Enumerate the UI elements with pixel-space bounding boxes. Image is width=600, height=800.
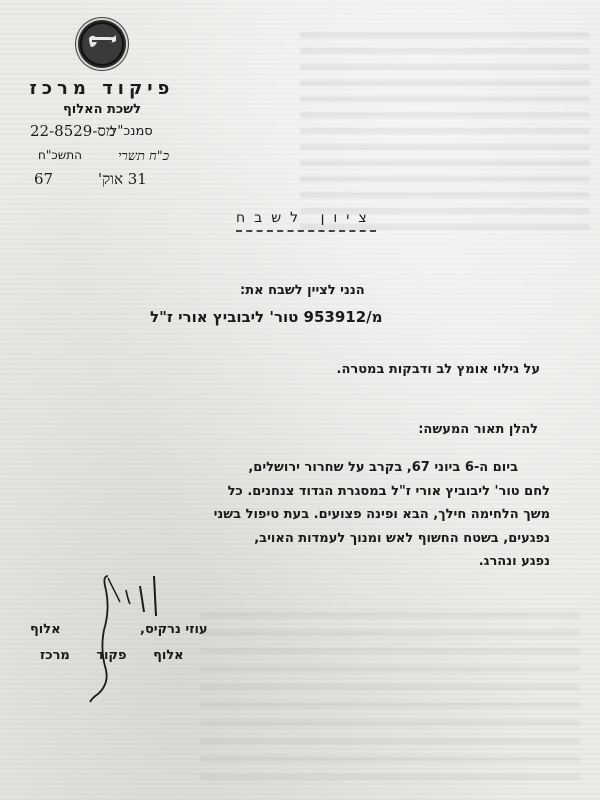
document-title: ציון לשבח: [236, 210, 376, 232]
unit-title: פיקוד מרכז: [22, 78, 182, 99]
soldier-line: מ/953912 טור' ליבוביץ אורי ז"ל: [150, 308, 383, 326]
signatory-rank: אלוף: [30, 622, 61, 637]
hebrew-year: התשכ"ח: [38, 148, 82, 162]
bleed-through-texture: [300, 30, 590, 230]
reference-label: סמנכ"ל: [110, 124, 153, 139]
handwritten-signature-icon: [88, 572, 168, 704]
central-command-emblem-icon: [78, 20, 126, 68]
reference-number: מס-22-8529: [30, 122, 115, 141]
deed-line: נפגעים, בשטח החשוף לאש ומנוך לעמדות האוי…: [110, 527, 550, 551]
intro-line: הנני לציין לשבח את:: [240, 283, 365, 298]
signatory-role: אלוף פקוד מרכז: [40, 648, 184, 663]
deed-description: ביום ה-6 ביוני 67, בקרב על שחרור ירושלים…: [110, 456, 550, 574]
deed-line: ביום ה-6 ביוני 67, בקרב על שחרור ירושלים…: [110, 456, 550, 480]
gregorian-date: 31 אוק': [98, 170, 147, 189]
hebrew-date: כ"ח תשרי: [118, 148, 169, 164]
deed-line: לחם טור' ליבוביץ אורי ז"ל במסגרת הגדוד צ…: [110, 480, 550, 504]
gregorian-year: 67: [34, 170, 53, 188]
unit-subtitle: לשכת האלוף: [22, 102, 182, 117]
bleed-through-texture: [200, 600, 580, 780]
document-page: פיקוד מרכז לשכת האלוף סמנכ"ל מס-22-8529 …: [0, 0, 600, 800]
deed-heading: להלן תאור המעשה:: [418, 422, 538, 437]
deed-line: נפגע ונהרג.: [110, 550, 550, 574]
signatory-name: עוזי נרקיס,: [140, 622, 208, 637]
citation-reason: על גילוי אומץ לב ודבקות במטרה.: [337, 362, 540, 377]
deed-line: משך הלחימה חילך, הבא ופינה פצועים. בעת ט…: [110, 503, 550, 527]
